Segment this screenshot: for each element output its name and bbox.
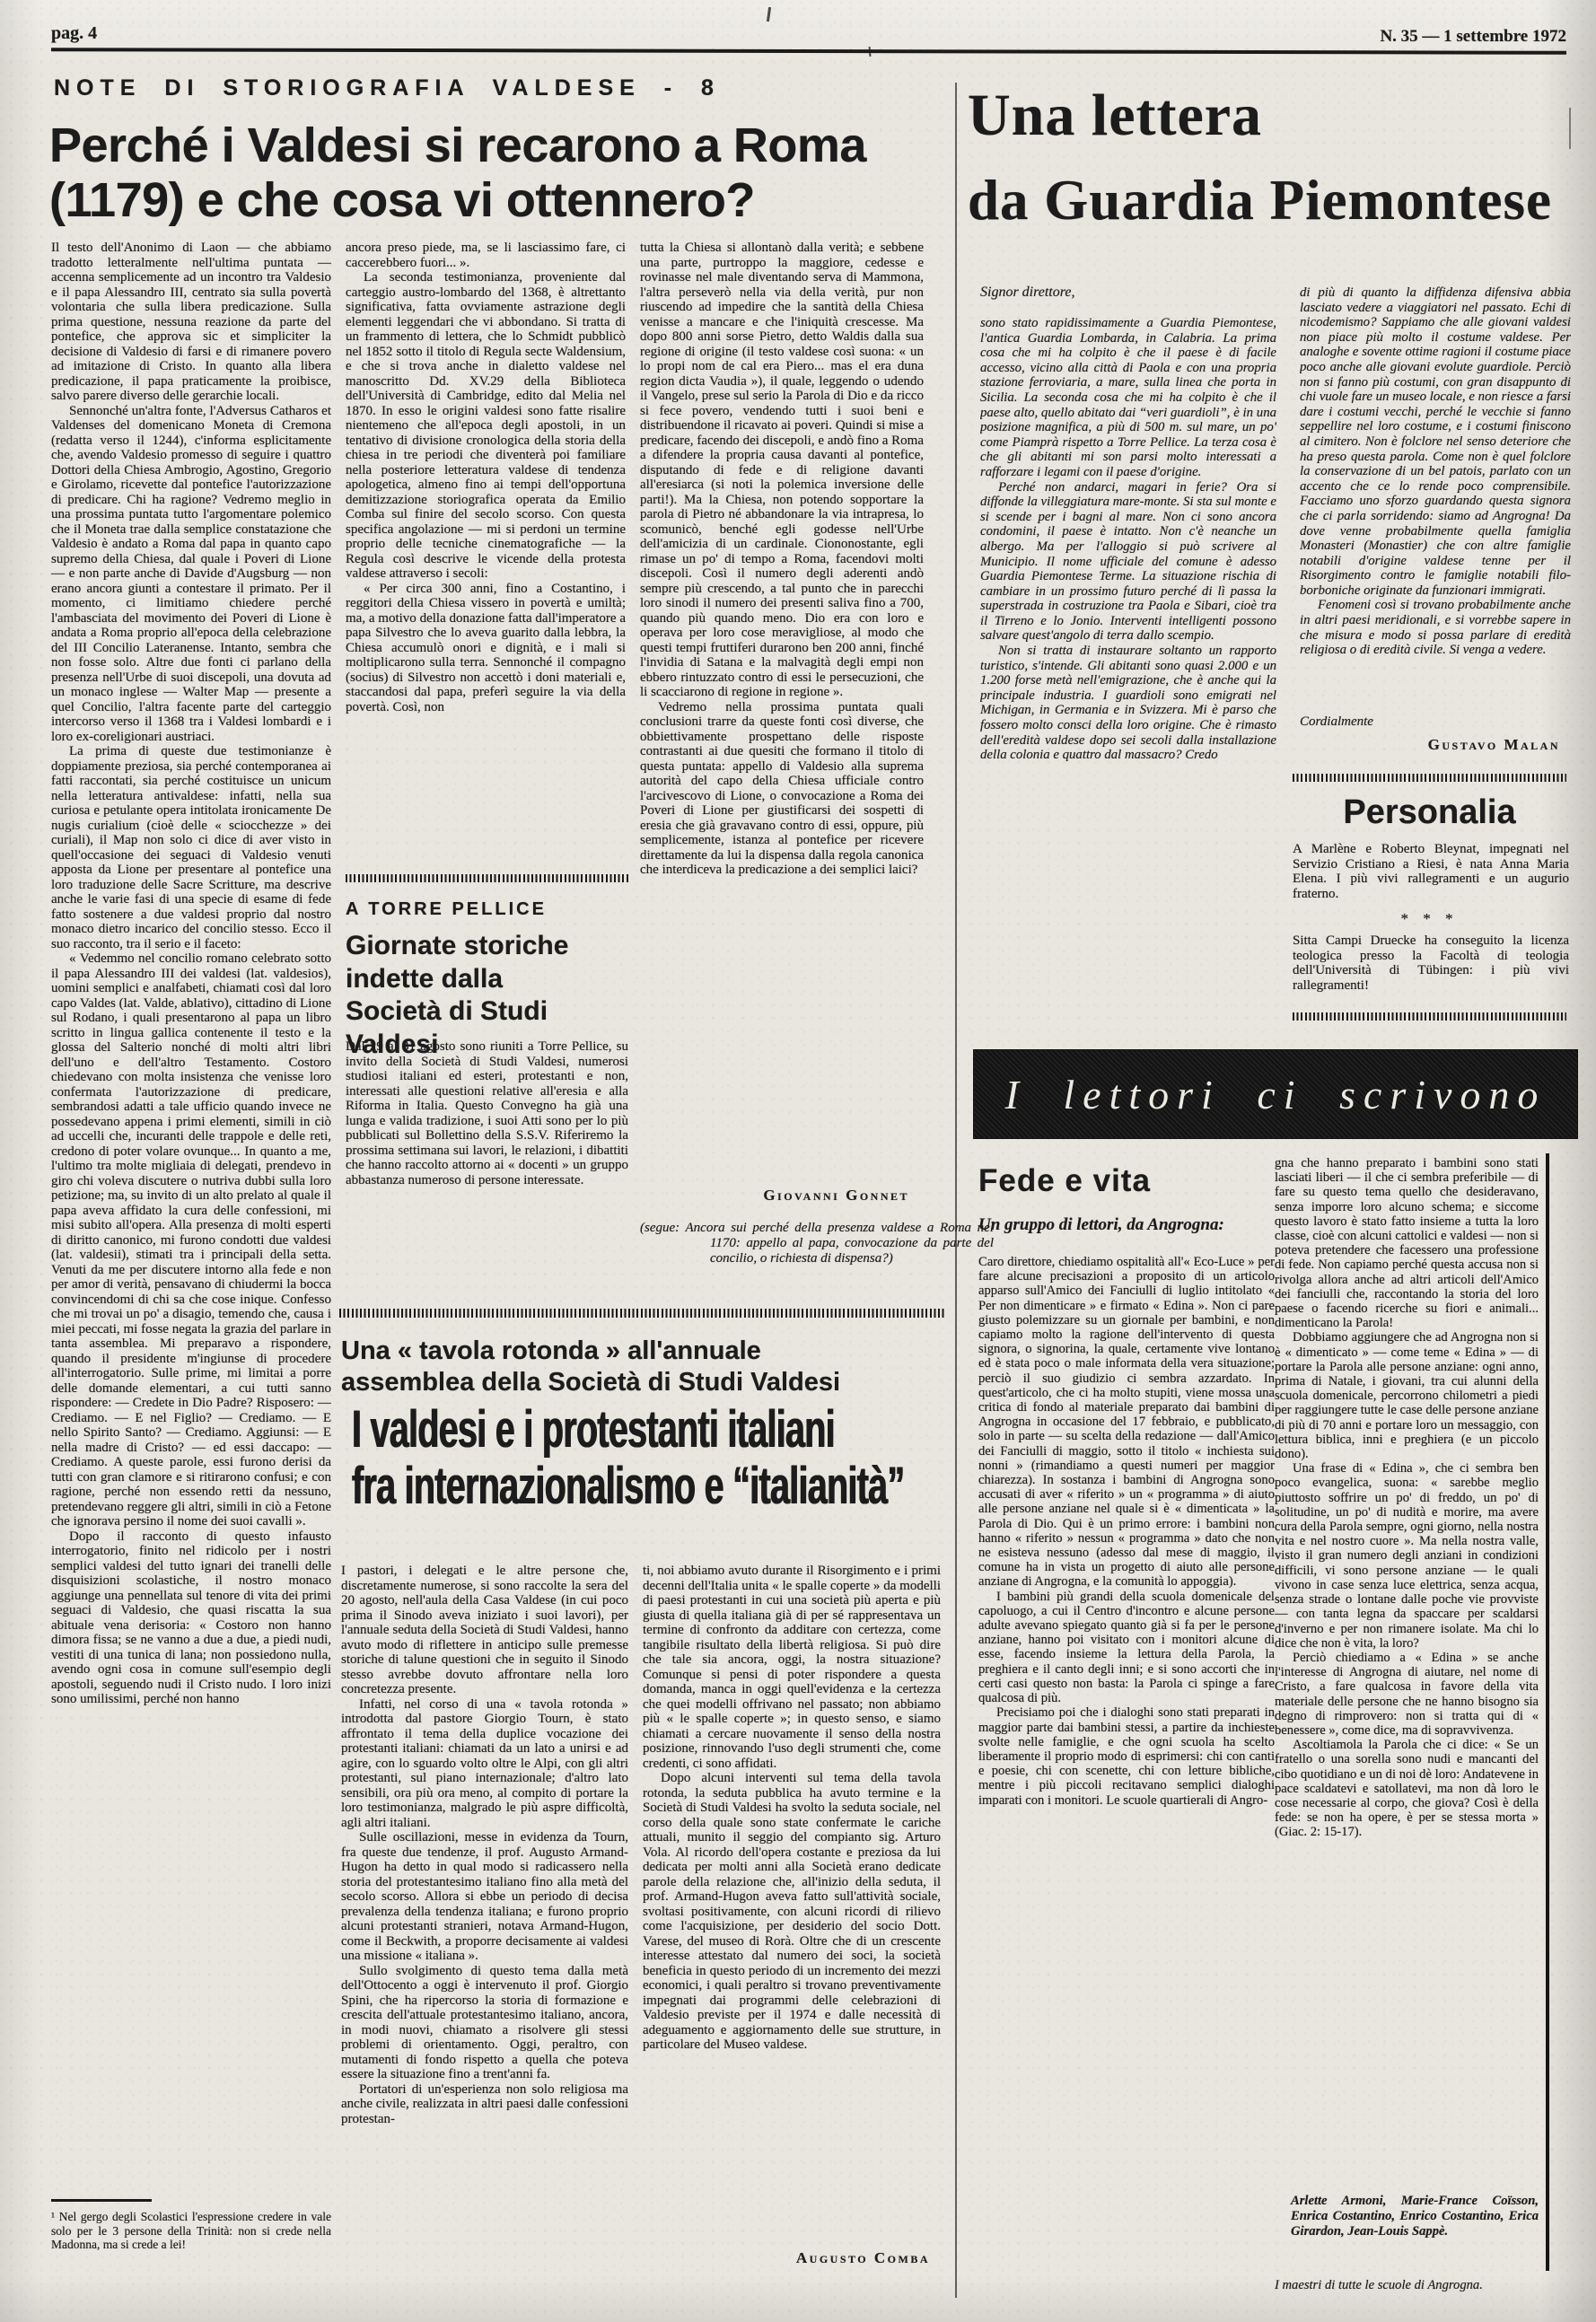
footnote: ¹ Nel gergo degli Scolastici l'espressio… [51, 2210, 331, 2316]
paragraph: La prima di queste due testimonianze è d… [51, 744, 331, 951]
column-separator-rule [955, 83, 957, 2298]
article-column-1: Il testo dell'Anonimo di Laon — che abbi… [51, 241, 331, 2190]
paragraph: I pastori, i delegati e le altre persone… [341, 1564, 628, 1697]
article-continuation-note: (segue: Ancora sui perché della presenza… [640, 1221, 994, 1307]
paragraph: Ascoltiamola la Parola che ci dice: « Se… [1275, 1738, 1539, 1839]
personalia-item-2: Sitta Campi Druecke ha conseguito la lic… [1293, 933, 1569, 1003]
section-divider [1293, 774, 1566, 782]
tavola-column-1: I pastori, i delegati e le altre persone… [341, 1564, 628, 2316]
right-column-rule [1546, 1153, 1549, 2271]
tavola-overline: Una « tavola rotonda » all'annuale assem… [341, 1336, 898, 1399]
paragraph: Sullo svolgimento di questo tema dalla m… [341, 1964, 628, 2082]
paragraph: Il testo dell'Anonimo di Laon — che abbi… [51, 241, 331, 404]
tavola-headline-line2: fra internazionalismo e “italianità” [352, 1459, 767, 1515]
paragraph: Perciò chiediamo a « Edina » se anche l'… [1275, 1651, 1539, 1738]
paragraph: Dopo alcuni interventi sul tema della ta… [643, 1771, 941, 2053]
fede-e-vita-title: Fede e vita [978, 1163, 1151, 1199]
paragraph: Sennonché un'altra fonte, l'Adversus Cat… [51, 404, 331, 745]
headline-line2: (1179) e che cosa vi ottennero? [49, 173, 956, 228]
paragraph: I bambini più grandi della scuola domeni… [978, 1590, 1275, 1706]
lettori-banner-title: I lettori ci scrivono [1005, 1071, 1547, 1118]
paragraph: Sitta Campi Druecke ha conseguito la lic… [1293, 933, 1569, 993]
personalia-separator: * * * [1293, 910, 1566, 928]
footnote-rule [51, 2199, 152, 2202]
article-byline: Giovanni Gonnet [640, 1187, 909, 1205]
section-divider [346, 874, 628, 882]
paragraph: Caro direttore, chiediamo ospitalità all… [978, 1255, 1275, 1590]
torre-pellice-body: Dal 29 al 31 agosto sono riuniti a Torre… [346, 1039, 628, 1305]
paragraph: « Vedemmo nel concilio romano celebrato … [51, 951, 331, 1529]
lettera-closing: Cordialmente [1300, 714, 1373, 730]
tavola-column-2: ti, noi abbiamo avuto durante il Risorgi… [643, 1564, 941, 2246]
scan-artifact [767, 7, 771, 22]
issue-date-label: N. 35 — 1 settembre 1972 [1158, 27, 1566, 47]
paragraph: A Marlène e Roberto Bleynat, impegnati n… [1293, 842, 1569, 901]
paragraph: Precisiamo poi che i dialoghi sono stati… [978, 1705, 1275, 1807]
paragraph: tutta la Chiesa si allontanò dalla verit… [640, 241, 924, 700]
paragraph: ancora preso piede, ma, se li lasciassim… [346, 241, 626, 270]
header-rule [51, 48, 1566, 55]
paragraph: Dal 29 al 31 agosto sono riuniti a Torre… [346, 1039, 628, 1187]
headline-line1: Perché i Valdesi si recarono a Roma [49, 118, 956, 173]
paragraph: Una frase di « Edina », che ci sembra be… [1275, 1461, 1539, 1651]
newspaper-page: pag. 4 N. 35 — 1 settembre 1972 NOTE DI … [0, 0, 1596, 2322]
torre-pellice-label: A TORRE PELLICE [346, 899, 547, 920]
paragraph: Dobbiamo aggiungere che ad Angrogna non … [1275, 1330, 1539, 1461]
paragraph: Non si tratta di instaurare soltanto un … [980, 644, 1276, 763]
personalia-title: Personalia [1293, 793, 1566, 832]
paragraph: ti, noi abbiamo avuto durante il Risorgi… [643, 1564, 941, 1771]
paragraph: Perché non andarci, magari in ferie? Ora… [980, 480, 1276, 644]
article-kicker: NOTE DI STORIOGRAFIA VALDESE - 8 [54, 75, 720, 101]
article-headline: Perché i Valdesi si recarono a Roma (117… [49, 118, 956, 228]
paragraph: gna che hanno preparato i bambini sono s… [1275, 1156, 1539, 1330]
fede-signoff: I maestri di tutte le scuole di Angrogna… [1275, 2278, 1539, 2293]
paragraph: Infatti, nel corso di una « tavola roton… [341, 1697, 628, 1831]
scan-artifact [1569, 108, 1571, 149]
article-column-2: ancora preso piede, ma, se li lasciassim… [346, 241, 626, 867]
lettera-column-2: di più di quanto la diffidenza difensiva… [1300, 285, 1571, 713]
paragraph: Vedremo nella prossima puntata quali con… [640, 700, 924, 878]
lettera-signature: Gustavo Malan [1300, 736, 1560, 754]
lettera-headline-line2: da Guardia Piemontese [968, 172, 1552, 229]
section-divider [339, 1309, 946, 1318]
paragraph: La seconda testimonianza, proveniente da… [346, 270, 626, 582]
lettori-banner: I lettori ci scrivono [974, 1050, 1577, 1138]
article-column-3: tutta la Chiesa si allontanò dalla verit… [640, 241, 924, 1179]
section-divider [1293, 1012, 1566, 1021]
fede-signatures: Arlette Armoni, Marie-France Coïsson, En… [1275, 2194, 1539, 2276]
paragraph: di più di quanto la diffidenza difensiva… [1300, 285, 1571, 598]
fede-intro: Un gruppo di lettori, da Angrogna: [978, 1215, 1275, 1235]
paragraph: Fenomeni così si trovano probabilmente a… [1300, 598, 1571, 657]
paragraph: « Per circa 300 anni, fino a Costantino,… [346, 582, 626, 715]
tavola-byline: Augusto Comba [643, 2249, 930, 2267]
paragraph: Dopo il racconto di questo infausto inte… [51, 1529, 331, 1707]
fede-column-2: gna che hanno preparato i bambini sono s… [1275, 1156, 1539, 2190]
paragraph: Portatori di un'esperienza non solo reli… [341, 2082, 628, 2127]
tavola-headline-line1: I valdesi e i protestanti italiani [352, 1402, 767, 1459]
fede-column-1: Caro direttore, chiediamo ospitalità all… [978, 1255, 1275, 2318]
lettera-headline-line1: Una lettera [968, 86, 1262, 145]
paragraph: Sulle oscillazioni, messe in evidenza da… [341, 1830, 628, 1964]
personalia-item-1: A Marlène e Roberto Bleynat, impegnati n… [1293, 842, 1569, 910]
lettera-column-1: sono stato rapidissimamente a Guardia Pi… [980, 316, 1276, 1045]
tavola-headline: I valdesi e i protestanti italiani fra i… [352, 1402, 962, 1514]
paragraph: sono stato rapidissimamente a Guardia Pi… [980, 316, 1276, 480]
page-number-label: pag. 4 [51, 23, 97, 44]
lettera-salutation: Signor direttore, [980, 285, 1074, 301]
